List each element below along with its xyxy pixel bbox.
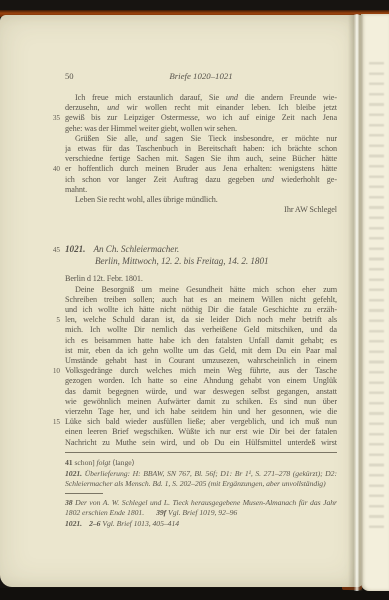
text-line: 5len, welche Schuld daran ist, da sie le…: [44, 315, 337, 325]
letter-heading-line2: Berlin, Mittwoch, 12. 2. bis Freitag, 14…: [65, 256, 337, 268]
letter-1021-body: Deine Besorgniß um meine Gesundheit hätt…: [44, 285, 337, 448]
line-text: Ich freue mich erstaunlich darauf, Sie u…: [65, 93, 337, 103]
line-text: ich schon vor langer Zeit Auftrag dazu g…: [65, 175, 337, 185]
text-run: einen leeren Brief wegschiken. Wüßte ich…: [65, 427, 337, 436]
footnote-text: Vgl. Brief 1019, 92–96: [166, 508, 237, 517]
line-text: Volksgedränge durch welches mich mein We…: [65, 366, 337, 376]
line-text: ich es beisammen hatte habe ich den fata…: [65, 336, 337, 346]
text-run: ist mir, eben da ich gehn wollte um das …: [65, 346, 337, 355]
heading-row-1: 45 1021.An Ch. Schleiermacher.: [44, 244, 337, 256]
apparatus-commentary-1: 38 Der von A. W. Schlegel und L. Tieck h…: [65, 498, 337, 518]
margin-line-number: 45: [44, 245, 60, 255]
transmission-text: Überlieferung: H: BBAW, SN 767, Bl. 56f;…: [65, 469, 337, 488]
letter-1020-signature-row: Ihr AW Schlegel: [44, 205, 337, 215]
text-run: Ich freue mich erstaunlich darauf, Sie: [75, 93, 226, 102]
text-run: wie gewöhnlich meinen Aufwärter damit zu…: [65, 397, 337, 406]
text-line: Umstände gehabt hast in Courant umzuseze…: [44, 356, 337, 366]
letter-addressee: An Ch. Schleiermacher.: [93, 244, 179, 254]
text-line: mahnt.: [44, 185, 337, 195]
next-page-ghost-text: [369, 62, 384, 530]
line-text: das damit begegnen würde, und war desweg…: [65, 387, 337, 397]
text-run: Lüke sich bald wieder ausfüllen ließe; a…: [65, 417, 337, 426]
text-line: Leben Sie recht wohl, alles übrige mündl…: [44, 195, 337, 205]
text-run: vierzehn Tage her, und ich habe seitdem …: [65, 407, 337, 416]
line-text: ja etwas für das Taschenbuch in Bereitsc…: [65, 144, 337, 154]
page-content: 50 Briefe 1020–1021 Ich freue mich ersta…: [44, 15, 337, 529]
text-line: wie gewöhnlich meinen Aufwärter damit zu…: [44, 397, 337, 407]
critical-apparatus: 41 schon] folgt ⟨lange⟩ 1021. Überliefer…: [44, 452, 337, 529]
margin-line-number: 10: [44, 366, 60, 376]
margin-line-number: 5: [44, 315, 60, 325]
text-line: derzusehn, und wir wollen recht mit eina…: [44, 103, 337, 113]
text-run: ich schon vor langer Zeit Auftrag dazu g…: [65, 175, 262, 184]
heading-row-2: Berlin, Mittwoch, 12. 2. bis Freitag, 14…: [44, 256, 337, 268]
line-text: derzusehn, und wir wollen recht mit eina…: [65, 103, 337, 113]
text-run: ja etwas für das Taschenbuch in Bereitsc…: [65, 144, 337, 153]
text-line: gehe: was der Himmel weiter giebt, wolle…: [44, 124, 337, 134]
line-text: vierzehn Tage her, und ich habe seitdem …: [65, 407, 337, 417]
text-line: ich es beisammen hatte habe ich den fata…: [44, 336, 337, 346]
footnote-line-number: 1021.: [65, 519, 82, 528]
text-run: Volksgedränge durch welches mich mein We…: [65, 366, 337, 375]
dateline-row: Berlin d 12t. Febr. 1801.: [44, 274, 337, 284]
line-text: Schreiben treiben sollen; auch hat es an…: [65, 295, 337, 305]
variant-line-number: 41: [65, 458, 73, 467]
line-text: len, welche Schuld daran ist, da sie lei…: [65, 315, 337, 325]
letter-1021-heading: 45 1021.An Ch. Schleiermacher. Berlin, M…: [44, 244, 337, 267]
variant-note-text: ⟨lange⟩: [112, 458, 134, 467]
running-head: Briefe 1020–1021: [65, 71, 337, 81]
text-line: mich. Ich wollte Dir nemlich das verheiß…: [44, 325, 337, 335]
text-line: vierzehn Tage her, und ich habe seitdem …: [44, 407, 337, 417]
page-header: 50 Briefe 1020–1021: [44, 71, 337, 83]
text-run: ich es beisammen hatte habe ich den fata…: [65, 336, 337, 345]
text-run: Leben Sie recht wohl, alles übrige mündl…: [75, 195, 218, 204]
line-text: Grüßen Sie alle, und sagen Sie Tieck ins…: [65, 134, 337, 144]
apparatus-rule: [65, 452, 337, 453]
text-line: ist mir, eben da ich gehn wollte um das …: [44, 346, 337, 356]
footnote-line-number: 2–6: [89, 519, 100, 528]
text-run: Umstände gehabt hast in Courant umzuseze…: [65, 356, 337, 365]
text-run: gehe: was der Himmel weiter giebt, wolle…: [65, 124, 237, 133]
text-line: das damit begegnen würde, und war desweg…: [44, 387, 337, 397]
text-line: 40er hoffentlich durch meinen Bruder aus…: [44, 164, 337, 174]
text-run: er hoffentlich durch meinen Bruder aus J…: [65, 164, 337, 173]
line-text: Umstände gehabt hast in Courant umzuseze…: [65, 356, 337, 366]
letter-1020-body: Ich freue mich erstaunlich darauf, Sie u…: [44, 93, 337, 205]
text-line: einen leeren Brief wegschiken. Wüßte ich…: [44, 427, 337, 437]
text-run: und: [262, 175, 274, 184]
line-text: Deine Besorgniß um meine Gesundheit hätt…: [65, 285, 337, 295]
text-run: und: [145, 134, 157, 143]
line-text: mahnt.: [65, 185, 337, 195]
margin-line-number: 40: [44, 164, 60, 174]
text-run: wiederhohlt ge-: [274, 175, 337, 184]
line-text: Leben Sie recht wohl, alles übrige mündl…: [65, 195, 337, 205]
line-text: wie gewöhnlich meinen Aufwärter damit zu…: [65, 397, 337, 407]
margin-line-number: 35: [44, 113, 60, 123]
transmission-letter-number: 1021.: [65, 469, 82, 478]
text-line: 10Volksgedränge durch welches mich mein …: [44, 366, 337, 376]
line-text: verschiedne fertige Sachen mit. Sagen Si…: [65, 154, 337, 164]
book-page: 50 Briefe 1020–1021 Ich freue mich ersta…: [0, 15, 362, 587]
letter-heading-line1: 1021.An Ch. Schleiermacher.: [65, 244, 337, 256]
line-text: einen leeren Brief wegschiken. Wüßte ich…: [65, 427, 337, 437]
line-text: gewiß bis zur Leipziger Ostermesse, wo i…: [65, 113, 337, 123]
text-run: Grüßen Sie alle,: [75, 134, 145, 143]
text-line: verschiedne fertige Sachen mit. Sagen Si…: [44, 154, 337, 164]
line-text: gezogen worden. Ich hatte so eine Ahndun…: [65, 376, 337, 386]
footnote-text: Vgl. Brief 1013, 405–414: [100, 519, 179, 528]
background-bottom-bar: [0, 588, 389, 600]
next-page-edge: [361, 14, 389, 591]
margin-line-number: 15: [44, 417, 60, 427]
text-run: und ich wollte ich hätte nicht nöthig Di…: [65, 305, 337, 314]
variant-lemma: schon]: [73, 458, 97, 467]
apparatus-commentary-2: 1021.2–6 Vgl. Brief 1013, 405–414: [65, 519, 337, 529]
text-run: len, welche Schuld daran ist, da sie lei…: [65, 315, 337, 324]
text-line: 35gewiß bis zur Leipziger Ostermesse, wo…: [44, 113, 337, 123]
text-run: Schreiben treiben sollen; auch hat es an…: [65, 295, 337, 304]
text-line: ja etwas für das Taschenbuch in Bereitsc…: [44, 144, 337, 154]
line-text: mich. Ich wollte Dir nemlich das verheiß…: [65, 325, 337, 335]
page-number: 50: [65, 71, 74, 81]
text-run: verschiedne fertige Sachen mit. Sagen Si…: [65, 154, 337, 163]
photo-of-book-page: { "page": { "number": "50", "running_hea…: [0, 0, 389, 600]
text-line: Deine Besorgniß um meine Gesundheit hätt…: [44, 285, 337, 295]
text-line: Nachricht zu Muthe sein wird, und ob Du …: [44, 438, 337, 448]
commentary-separator-rule: [65, 493, 103, 494]
line-text: er hoffentlich durch meinen Bruder aus J…: [65, 164, 337, 174]
line-text: Nachricht zu Muthe sein wird, und ob Du …: [65, 438, 337, 448]
text-run: gezogen worden. Ich hatte so eine Ahndun…: [65, 376, 337, 385]
line-text: ist mir, eben da ich gehn wollte um das …: [65, 346, 337, 356]
text-line: ich schon vor langer Zeit Auftrag dazu g…: [44, 175, 337, 185]
variant-note: 41 schon] folgt ⟨lange⟩: [65, 458, 337, 468]
text-line: Grüßen Sie alle, und sagen Sie Tieck ins…: [44, 134, 337, 144]
text-run: mahnt.: [65, 185, 87, 194]
variant-note-italic: folgt: [97, 458, 113, 467]
text-line: Schreiben treiben sollen; auch hat es an…: [44, 295, 337, 305]
line-text: und ich wollte ich hätte nicht nöthig Di…: [65, 305, 337, 315]
text-run: gewiß bis zur Leipziger Ostermesse, wo i…: [65, 113, 337, 122]
letter-signature: Ihr AW Schlegel: [65, 205, 337, 215]
text-run: das damit begegnen würde, und war desweg…: [65, 387, 337, 396]
text-run: und: [226, 93, 238, 102]
letter-dateline: Berlin d 12t. Febr. 1801.: [65, 274, 337, 284]
text-line: 15Lüke sich bald wieder ausfüllen ließe;…: [44, 417, 337, 427]
text-run: die andern Freunde wie-: [238, 93, 337, 102]
text-run: wir wollen recht mit einander leben. Ich…: [119, 103, 337, 112]
footnote-line-number: 39f: [156, 508, 166, 517]
text-run: derzusehn,: [65, 103, 107, 112]
line-text: Lüke sich bald wieder ausfüllen ließe; a…: [65, 417, 337, 427]
text-run: mich. Ich wollte Dir nemlich das verheiß…: [65, 325, 337, 334]
book-photo-stage: 50 Briefe 1020–1021 Ich freue mich ersta…: [0, 0, 389, 600]
text-line: gezogen worden. Ich hatte so eine Ahndun…: [44, 376, 337, 386]
text-run: und: [107, 103, 119, 112]
text-line: Ich freue mich erstaunlich darauf, Sie u…: [44, 93, 337, 103]
text-run: Nachricht zu Muthe sein wird, und ob Du …: [65, 438, 337, 447]
letter-number: 1021.: [65, 244, 85, 254]
transmission-note: 1021. Überlieferung: H: BBAW, SN 767, Bl…: [65, 469, 337, 489]
text-run: Deine Besorgniß um meine Gesundheit hätt…: [75, 285, 337, 294]
text-run: sagen Sie Tieck insbesondre, er möchte n…: [157, 134, 337, 143]
text-line: und ich wollte ich hätte nicht nöthig Di…: [44, 305, 337, 315]
line-text: gehe: was der Himmel weiter giebt, wolle…: [65, 124, 337, 134]
footnote-line-number: 38: [65, 498, 73, 507]
